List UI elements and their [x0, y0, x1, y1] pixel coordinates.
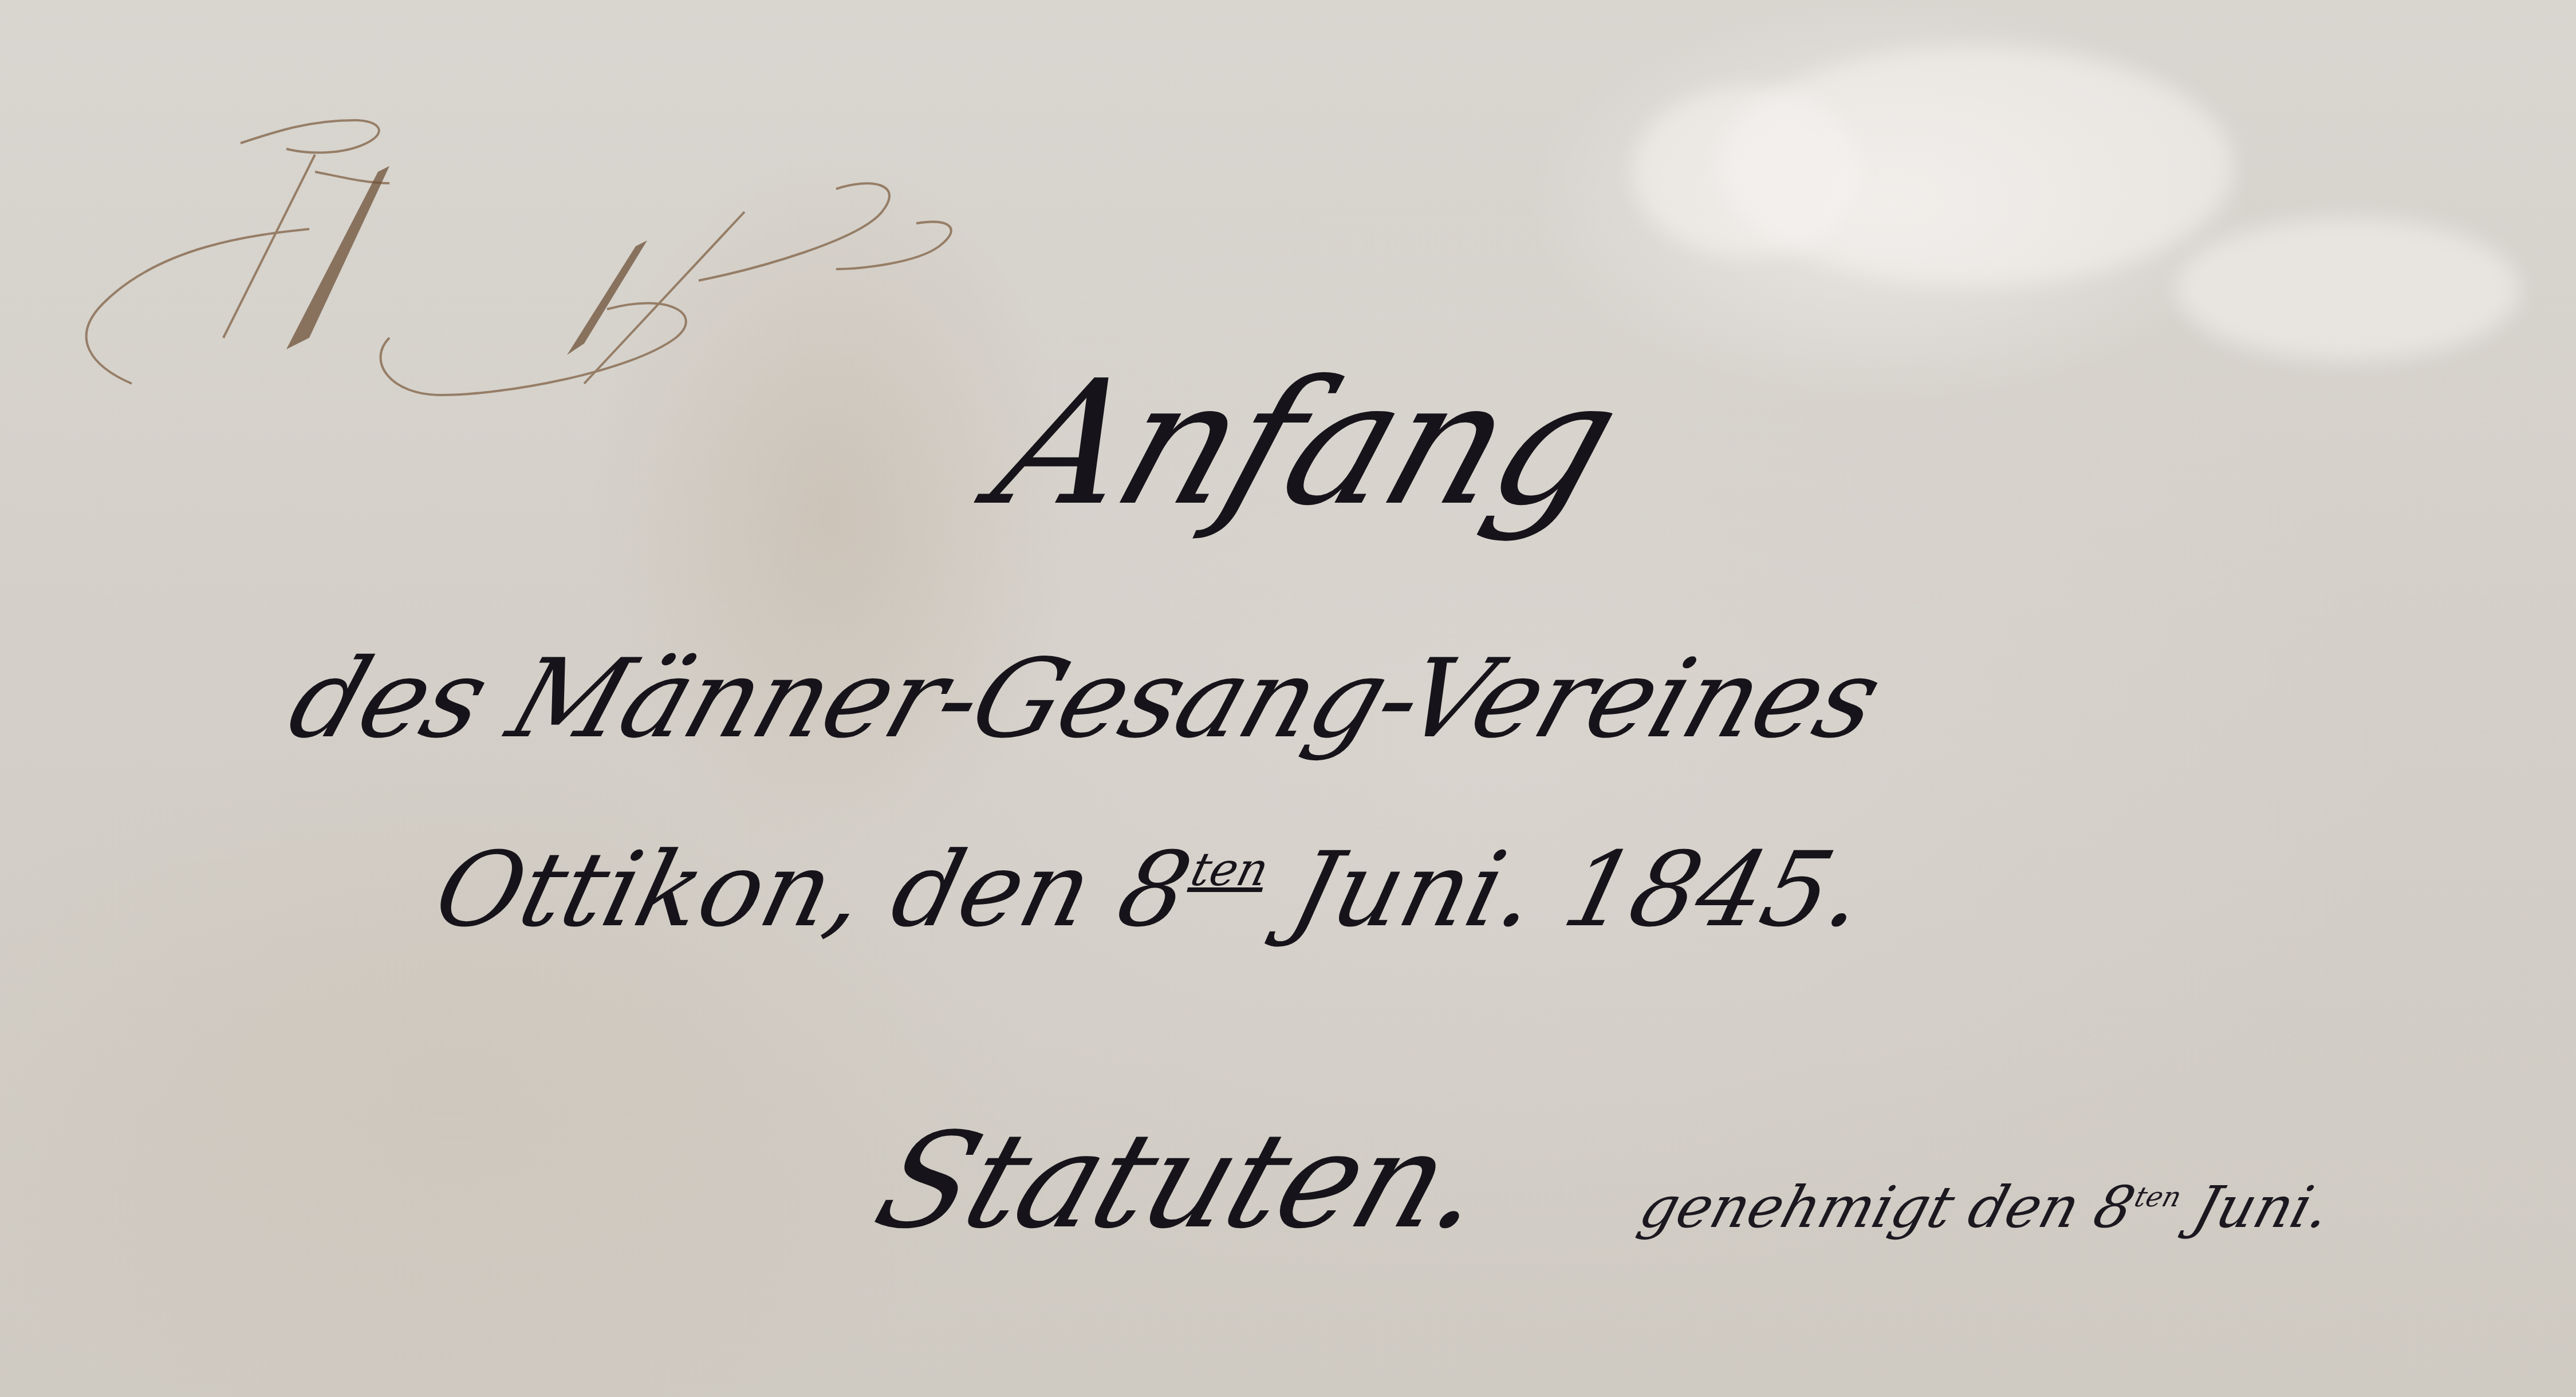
approval-note: genehmigt den 8ten Juni. [1632, 1174, 2339, 1241]
society-name: des Männer-Gesang-Vereines [275, 636, 1896, 762]
approval-ordinal-suffix: ten [2131, 1181, 2185, 1213]
approval-month: Juni. [2186, 1174, 2338, 1241]
monogram-flourish-icon [69, 97, 985, 418]
section-heading-statutes: Statuten. [859, 1105, 1505, 1258]
date-month-year: Juni. 1845. [1280, 830, 1877, 950]
date-ordinal-suffix: ten [1185, 843, 1274, 896]
place-and-date: Ottikon, den 8ten Juni. 1845. [424, 830, 1878, 950]
document-title: Anfang [974, 344, 1639, 543]
paper-wear-mark [1632, 86, 1861, 258]
document-page: Anfang des Männer-Gesang-Vereines Ottiko… [0, 0, 2576, 1397]
place-name: Ottikon, [424, 830, 878, 950]
paper-wear-mark [2176, 218, 2520, 361]
approval-prefix: genehmigt den 8 [1632, 1174, 2142, 1241]
date-day: den 8 [881, 830, 1203, 950]
